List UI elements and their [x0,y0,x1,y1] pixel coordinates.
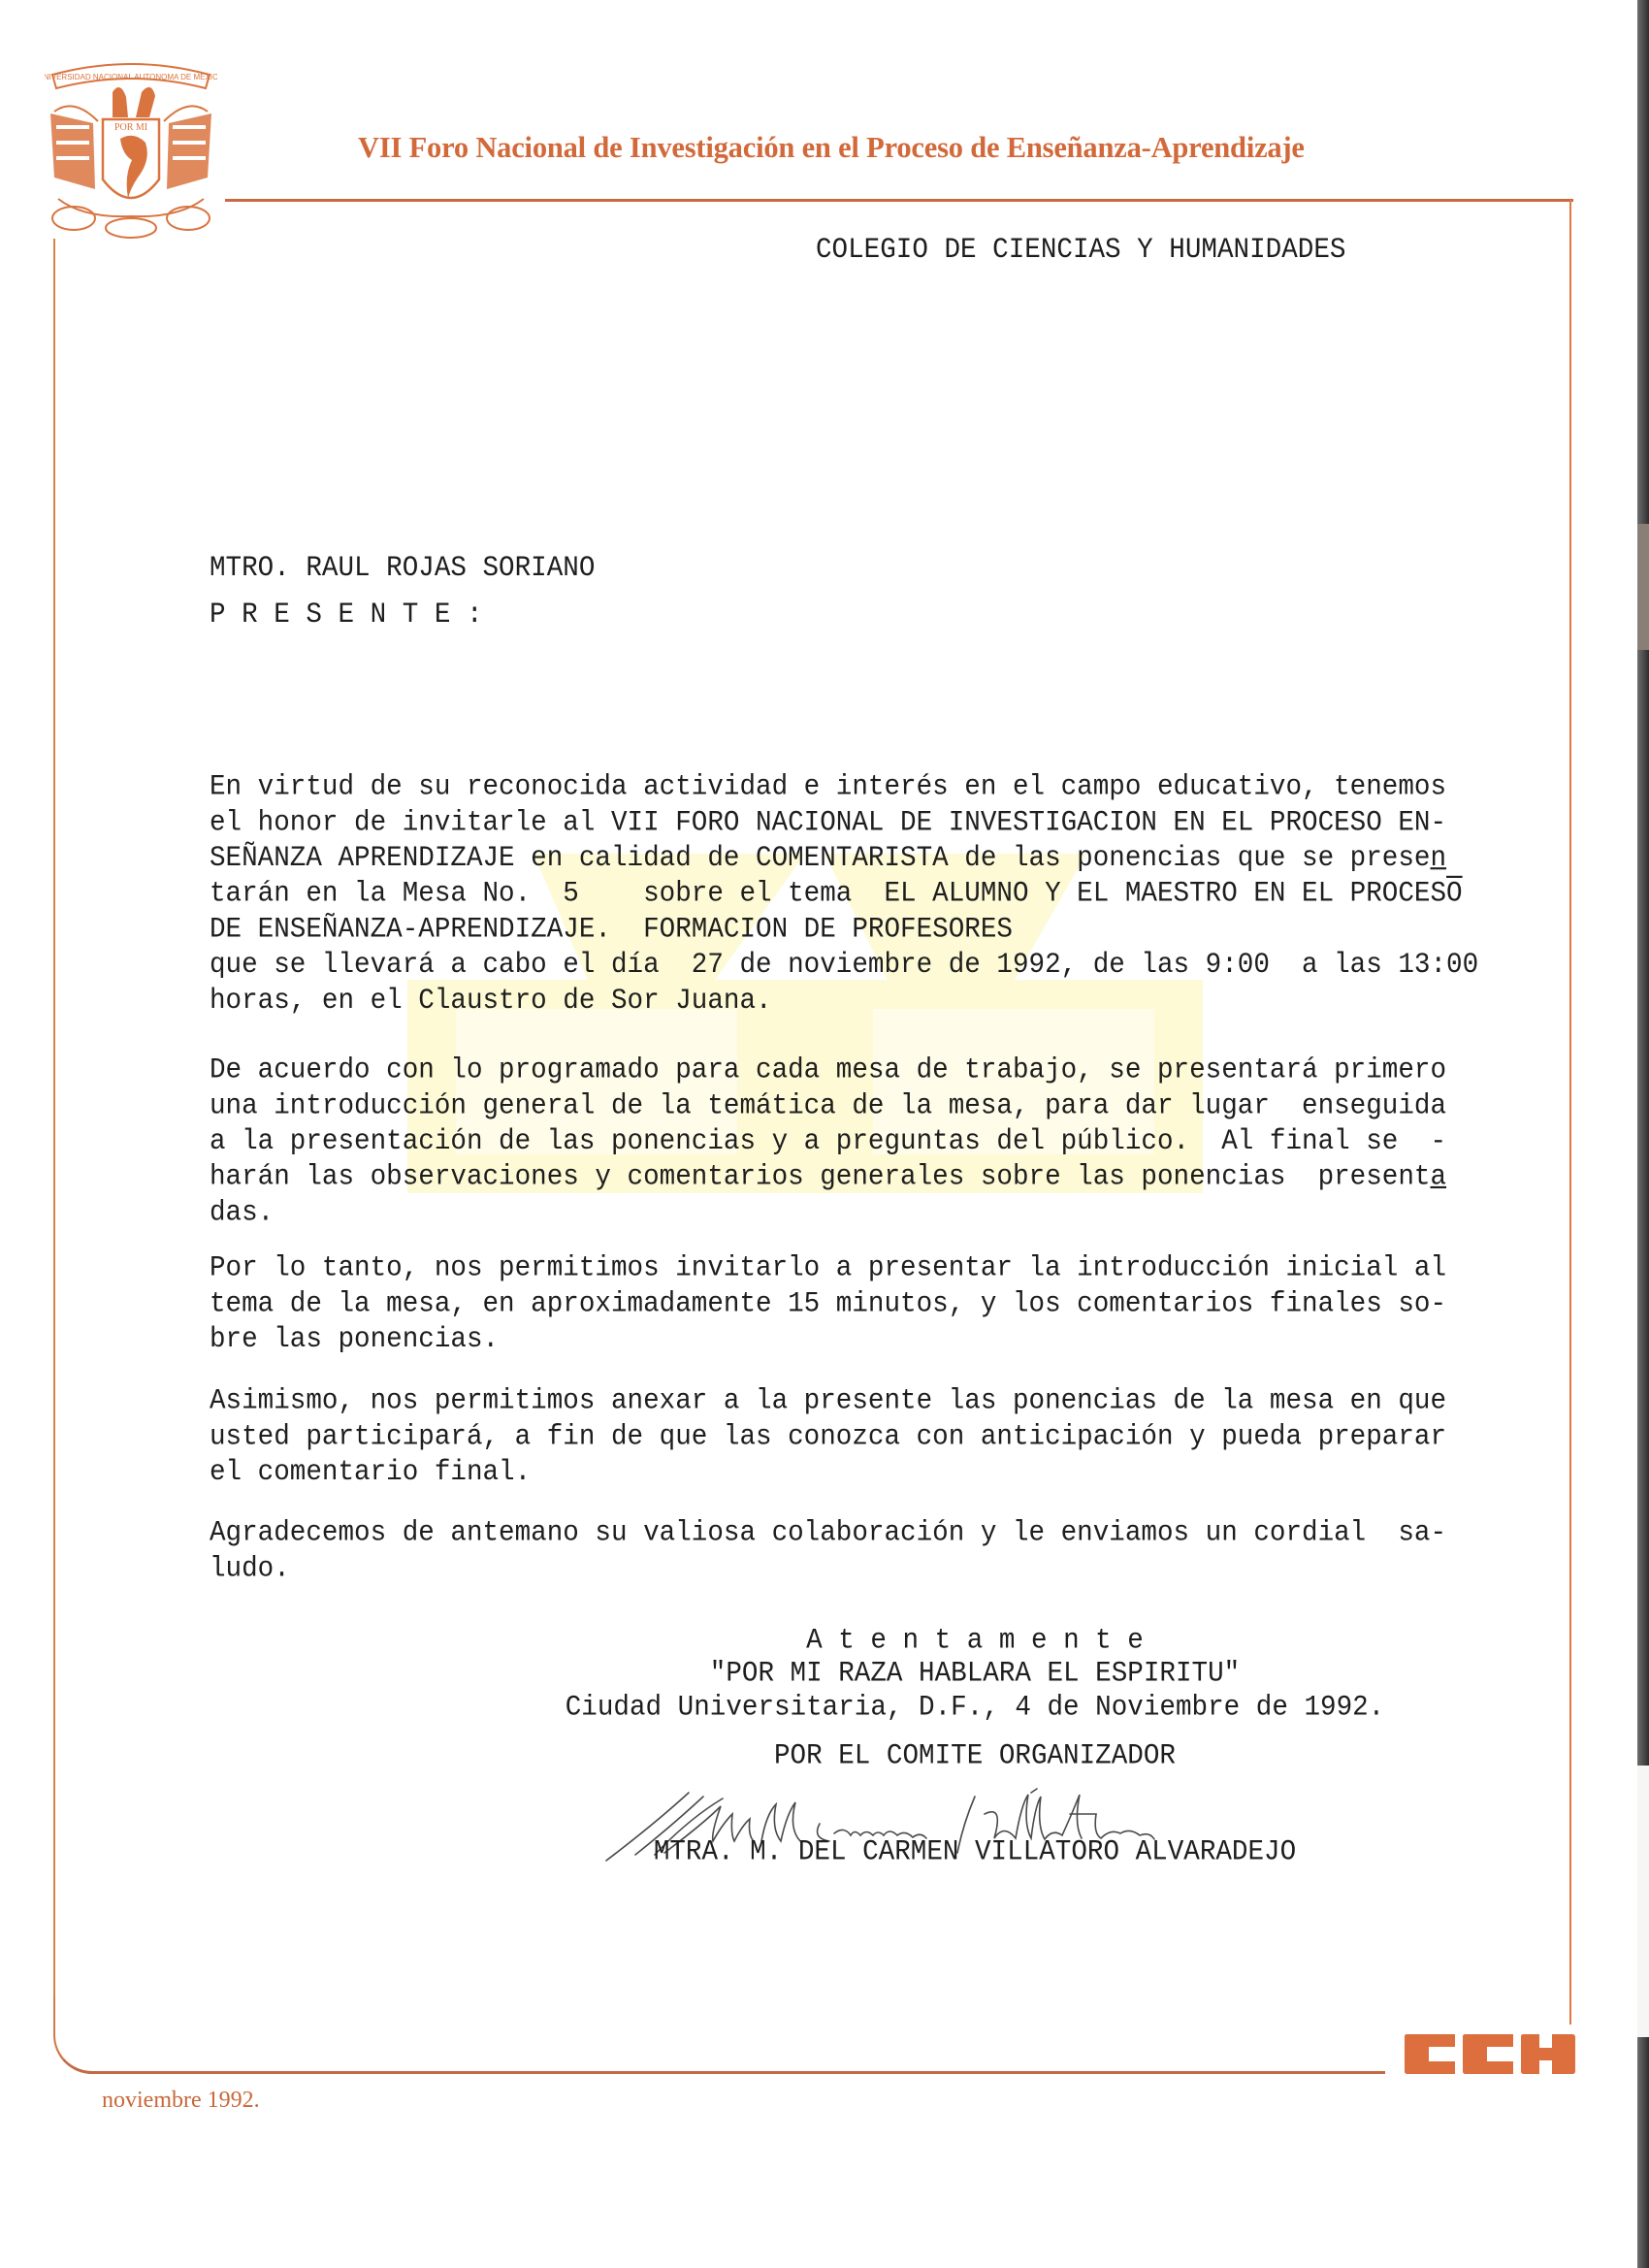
text-line: Asimismo, nos permitimos anexar a la pre… [210,1384,1446,1420]
header-rule [225,199,1573,202]
text-line: tema de la mesa, en aproximadamente 15 m… [210,1286,1446,1322]
forum-title: VII Foro Nacional de Investigación en el… [358,131,1305,165]
text-line: horas, en el Claustro de Sor Juana. [210,984,1478,1020]
text-line: SEÑANZA APRENDIZAJE en calidad de COMENT… [210,841,1478,877]
frame-right [1569,200,1571,2025]
institution-name: COLEGIO DE CIENCIAS Y HUMANIDADES [816,233,1345,269]
frame-corner [53,1998,92,2074]
signatory-name: MTRA. M. DEL CARMEN VILLATORO ALVARADEJO [504,1836,1445,1868]
text-line: En virtud de su reconocida actividad e i… [210,770,1478,806]
text-line: usted participará, a fin de que las cono… [210,1419,1446,1455]
text-line: harán las observaciones y comentarios ge… [210,1160,1446,1196]
addressee-name: MTRO. RAUL ROJAS SORIANO [210,551,595,587]
paragraph-thanks: Agradecemos de antemano su valiosa colab… [210,1480,1446,1623]
valediction: A t e n t a m e n t e [504,1625,1445,1657]
scanner-edge [1637,0,1649,2268]
text-line: el honor de invitarle al VII FORO NACION… [210,805,1478,841]
text-line: a la presentación de las ponencias y a p… [210,1124,1446,1160]
text-line: DE ENSEÑANZA-APRENDIZAJE. FORMACION DE P… [210,913,1478,949]
footer-date: noviembre 1992. [102,2088,260,2114]
text-line: De acuerdo con lo programado para cada m… [210,1053,1446,1089]
unam-seal-icon: UNIVERSIDAD NACIONAL AUTONOMA DE MEXICO … [45,53,217,240]
university-motto: "POR MI RAZA HABLARA EL ESPIRITU" [504,1658,1445,1690]
salutation: P R E S E N T E : [210,598,483,633]
text-line: tarán en la Mesa No. 5 sobre el tema EL … [210,877,1478,913]
cch-logo-icon [1404,2034,1575,2074]
text-line: Por lo tanto, nos permitimos invitarlo a… [210,1251,1446,1287]
frame-left [53,239,55,2010]
footer-rule [89,2071,1385,2074]
committee-label: POR EL COMITE ORGANIZADOR [504,1740,1445,1772]
svg-text:UNIVERSIDAD NACIONAL AUTONOMA: UNIVERSIDAD NACIONAL AUTONOMA DE MEXICO [45,73,217,81]
place-date: Ciudad Universitaria, D.F., 4 de Noviemb… [504,1692,1445,1724]
text-line: una introducción general de la temática … [210,1088,1446,1124]
paragraph-invitation: En virtud de su reconocida actividad e i… [210,734,1478,1054]
text-line: que se llevará a cabo el día 27 de novie… [210,948,1478,984]
text-line: ludo. [210,1551,1446,1587]
svg-text:POR MI: POR MI [114,122,147,133]
text-line: Agradecemos de antemano su valiosa colab… [210,1516,1446,1552]
